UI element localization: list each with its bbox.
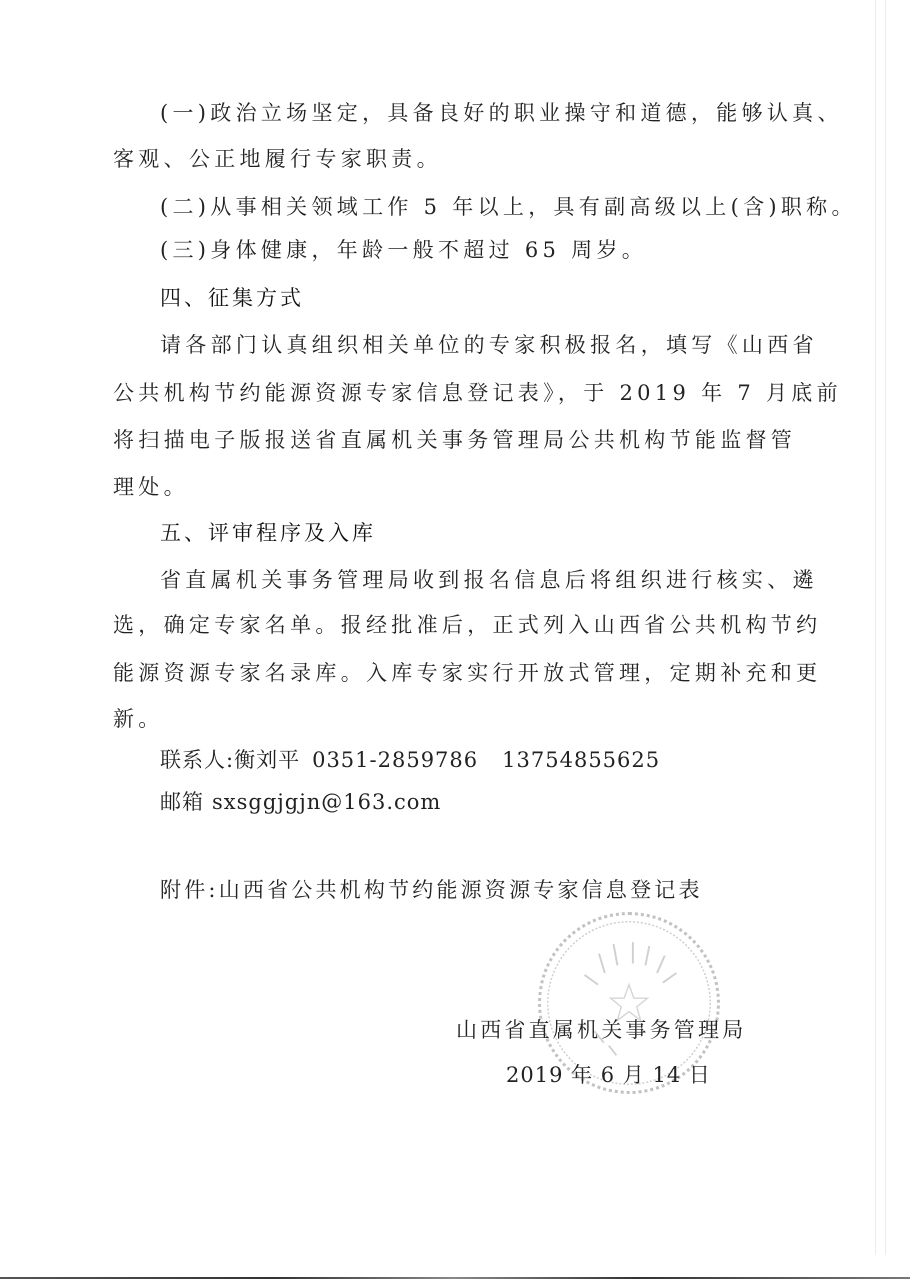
contact-name: 衡刘平 xyxy=(234,748,300,772)
section-5-line-4: 新。 xyxy=(113,705,164,733)
email-label: 邮箱 xyxy=(160,790,204,814)
scan-edge-line xyxy=(885,0,886,1255)
criterion-3: (三)身体健康，年龄一般不超过 65 周岁。 xyxy=(160,236,647,264)
criterion-1-line-2: 客观、公正地履行专家职责。 xyxy=(113,145,442,173)
section-5-heading: 五、评审程序及入库 xyxy=(160,519,376,547)
criterion-1-line-1: (一)政治立场坚定，具备良好的职业操守和道德，能够认真、 xyxy=(160,99,843,127)
section-5-line-3: 能源资源专家名录库。入库专家实行开放式管理，定期补充和更 xyxy=(113,659,821,687)
criterion-2: (二)从事相关领域工作 5 年以上，具有副高级以上(含)职称。 xyxy=(160,193,857,221)
section-5-line-1: 省直属机关事务管理局收到报名信息后将组织进行核实、遴 xyxy=(160,566,818,594)
scan-bottom-edge xyxy=(0,1277,910,1279)
signature-organization: 山西省直属机关事务管理局 xyxy=(456,1016,746,1044)
contact-mobile: 13754855625 xyxy=(502,748,660,772)
contact-label: 联系人: xyxy=(160,748,234,772)
section-4-line-1: 请各部门认真组织相关单位的专家积极报名，填写《山西省 xyxy=(160,331,818,359)
document-page: (一)政治立场坚定，具备良好的职业操守和道德，能够认真、 客观、公正地履行专家职… xyxy=(0,0,910,1286)
attachment-title: 山西省公共机构节约能源资源专家信息登记表 xyxy=(219,878,703,902)
contact-phone: 0351-2859786 xyxy=(312,748,478,772)
section-4-line-3: 将扫描电子版报送省直属机关事务管理局公共机构节能监督管 xyxy=(113,426,796,454)
attachment-label: 附件: xyxy=(160,878,219,902)
attachment-line: 附件:山西省公共机构节约能源资源专家信息登记表 xyxy=(160,876,703,904)
email-line: 邮箱sxsggjgjn@163.com xyxy=(160,788,441,816)
section-5-line-2: 选，确定专家名单。报经批准后，正式列入山西省公共机构节约 xyxy=(113,611,821,639)
signature-date: 2019 年 6 月 14 日 xyxy=(506,1061,711,1089)
scan-edge-line xyxy=(875,0,876,1255)
email-address[interactable]: sxsggjgjn@163.com xyxy=(212,790,441,814)
section-4-heading: 四、征集方式 xyxy=(160,284,304,312)
section-4-line-2: 公共机构节约能源资源专家信息登记表》，于 2019 年 7 月底前 xyxy=(113,379,842,407)
contact-line: 联系人:衡刘平0351-285978613754855625 xyxy=(160,746,660,774)
section-4-line-4: 理处。 xyxy=(113,473,189,501)
